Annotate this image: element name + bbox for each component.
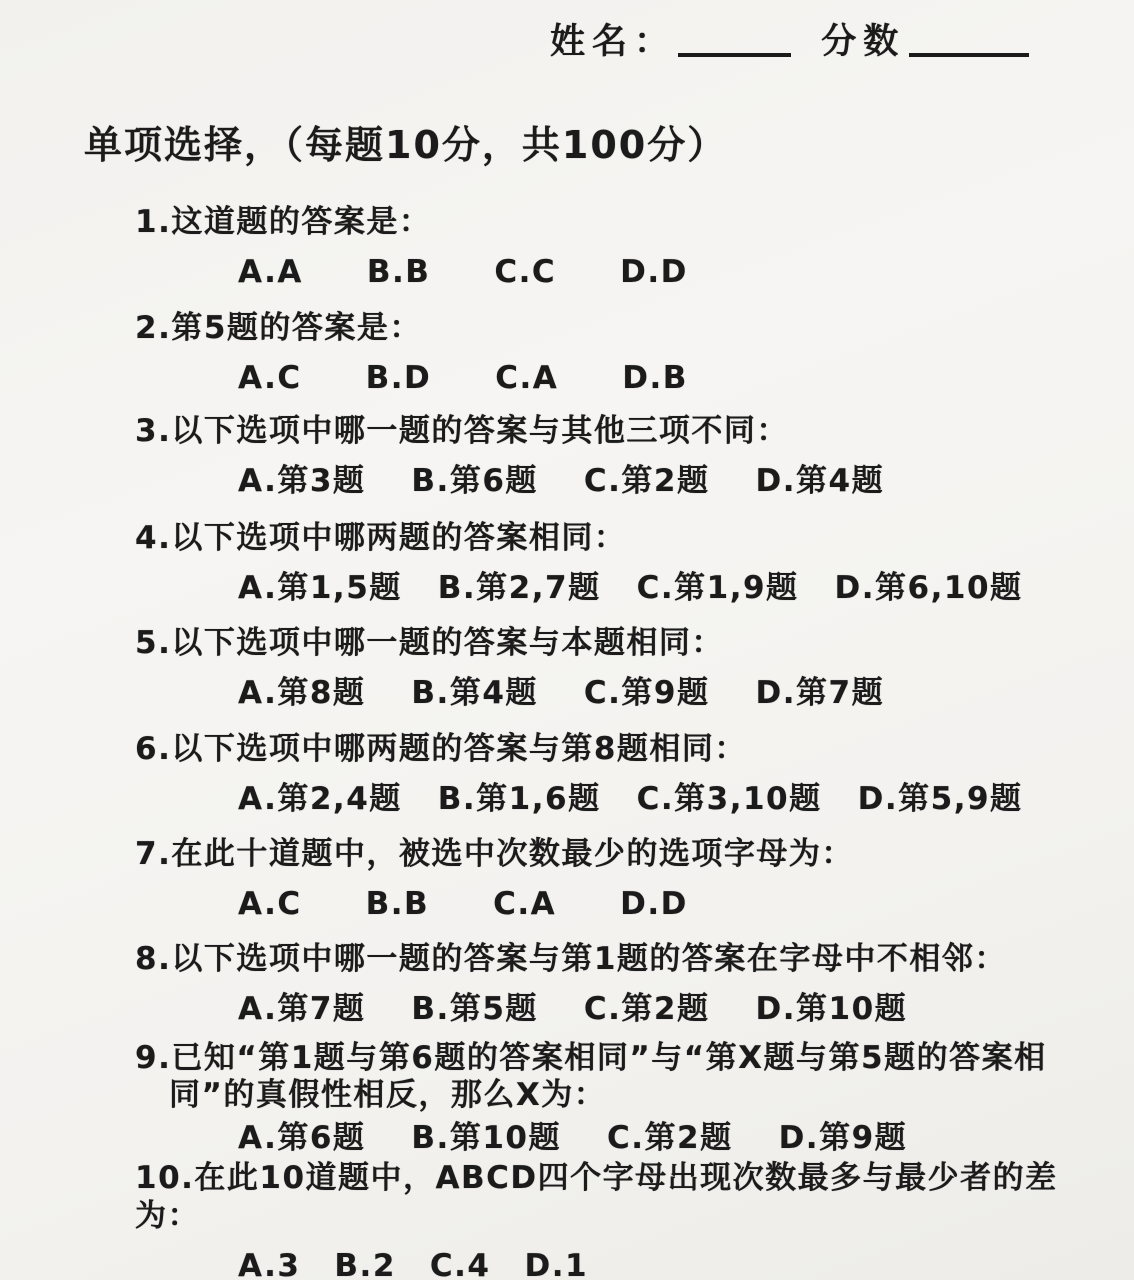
- question-4-option-d: D.第6,10题: [835, 569, 1023, 607]
- question-5-options: A.第8题 B.第4题 C.第9题 D.第7题: [135, 674, 1065, 712]
- question-8-option-d: D.第10题: [756, 990, 908, 1028]
- question-1-option-d: D.D: [620, 253, 688, 291]
- question-3-text: 以下选项中哪一题的答案与其他三项不同：: [171, 413, 789, 449]
- question-5-option-a: A.第8题: [238, 674, 365, 712]
- question-10-option-a: A.3: [238, 1247, 300, 1280]
- question-9-option-a: A.第6题: [238, 1119, 365, 1157]
- question-6-options: A.第2,4题 B.第1,6题 C.第3,10题 D.第5,9题: [135, 780, 1065, 818]
- name-label: 姓名：: [550, 22, 676, 62]
- question-10-options: A.3 B.2 C.4 D.1: [135, 1247, 1065, 1280]
- question-3: 3.以下选项中哪一题的答案与其他三项不同： A.第3题 B.第6题 C.第2题 …: [135, 412, 1065, 500]
- question-3-option-a: A.第3题: [238, 462, 365, 500]
- question-4: 4.以下选项中哪两题的答案相同： A.第1,5题 B.第2,7题 C.第1,9题…: [135, 519, 1065, 607]
- question-9-text: 已知“第1题与第6题的答案相同”与“第X题与第5题的答案相同”的真假性相反，那么…: [169, 1040, 1047, 1113]
- question-2-options: A.C B.D C.A D.B: [135, 359, 1065, 397]
- question-9-option-b: B.第10题: [411, 1119, 561, 1157]
- question-2-number: 2.: [135, 310, 171, 346]
- question-1-options: A.A B.B C.C D.D: [135, 253, 1065, 291]
- question-3-option-b: B.第6题: [411, 462, 537, 500]
- question-6-option-a: A.第2,4题: [238, 780, 402, 818]
- question-2-option-c: C.A: [495, 359, 558, 397]
- question-7-options: A.C B.B C.A D.D: [135, 885, 1065, 923]
- question-9-stem: 9.已知“第1题与第6题的答案相同”与“第X题与第5题的答案相同”的真假性相反，…: [135, 1040, 1069, 1114]
- question-6-stem: 6.以下选项中哪两题的答案与第8题相同：: [135, 730, 1065, 768]
- question-1: 1.这道题的答案是： A.A B.B C.C D.D: [135, 203, 1065, 291]
- score-blank-line: [909, 45, 1029, 57]
- question-10-number: 10.: [135, 1160, 194, 1196]
- question-7: 7.在此十道题中，被选中次数最少的选项字母为： A.C B.B C.A D.D: [135, 835, 1065, 923]
- question-8-option-a: A.第7题: [238, 990, 365, 1028]
- question-7-option-b: B.B: [366, 885, 430, 923]
- question-6-text: 以下选项中哪两题的答案与第8题相同：: [171, 731, 747, 767]
- question-9-number: 9.: [135, 1040, 171, 1076]
- question-4-text: 以下选项中哪两题的答案相同：: [171, 520, 626, 556]
- question-7-number: 7.: [135, 836, 171, 872]
- question-4-options: A.第1,5题 B.第2,7题 C.第1,9题 D.第6,10题: [135, 569, 1065, 607]
- question-10-option-c: C.4: [430, 1247, 491, 1280]
- question-4-option-c: C.第1,9题: [637, 569, 799, 607]
- question-9-option-c: C.第2题: [607, 1119, 733, 1157]
- question-3-option-c: C.第2题: [584, 462, 710, 500]
- question-3-option-d: D.第4题: [756, 462, 885, 500]
- question-9-option-d: D.第9题: [779, 1119, 908, 1157]
- question-4-option-b: B.第2,7题: [438, 569, 601, 607]
- question-1-stem: 1.这道题的答案是：: [135, 203, 1065, 241]
- question-5-option-b: B.第4题: [411, 674, 537, 712]
- question-3-number: 3.: [135, 413, 171, 449]
- question-8-number: 8.: [135, 941, 171, 977]
- question-10: 10.在此10道题中，ABCD四个字母出现次数最多与最少者的差为： A.3 B.…: [135, 1159, 1065, 1280]
- question-7-text: 在此十道题中，被选中次数最少的选项字母为：: [171, 836, 854, 872]
- question-1-text: 这道题的答案是：: [171, 204, 431, 240]
- question-2-text: 第5题的答案是：: [171, 310, 422, 346]
- question-7-option-a: A.C: [238, 885, 302, 923]
- question-5-text: 以下选项中哪一题的答案与本题相同：: [171, 625, 724, 661]
- question-10-stem: 10.在此10道题中，ABCD四个字母出现次数最多与最少者的差为：: [135, 1159, 1065, 1235]
- question-4-option-a: A.第1,5题: [238, 569, 402, 607]
- question-2-option-d: D.B: [622, 359, 688, 397]
- question-8-stem: 8.以下选项中哪一题的答案与第1题的答案在字母中不相邻：: [135, 940, 1065, 978]
- question-9-options: A.第6题 B.第10题 C.第2题 D.第9题: [135, 1119, 1065, 1157]
- question-8-options: A.第7题 B.第5题 C.第2题 D.第10题: [135, 990, 1065, 1028]
- question-4-stem: 4.以下选项中哪两题的答案相同：: [135, 519, 1065, 557]
- question-7-stem: 7.在此十道题中，被选中次数最少的选项字母为：: [135, 835, 1065, 873]
- question-8: 8.以下选项中哪一题的答案与第1题的答案在字母中不相邻： A.第7题 B.第5题…: [135, 940, 1065, 1028]
- question-5-option-c: C.第9题: [584, 674, 710, 712]
- question-5: 5.以下选项中哪一题的答案与本题相同： A.第8题 B.第4题 C.第9题 D.…: [135, 624, 1065, 712]
- question-5-stem: 5.以下选项中哪一题的答案与本题相同：: [135, 624, 1065, 662]
- question-2-option-b: B.D: [366, 359, 432, 397]
- question-1-option-b: B.B: [367, 253, 431, 291]
- question-6-option-b: B.第1,6题: [438, 780, 601, 818]
- question-3-options: A.第3题 B.第6题 C.第2题 D.第4题: [135, 462, 1065, 500]
- question-3-stem: 3.以下选项中哪一题的答案与其他三项不同：: [135, 412, 1065, 450]
- question-1-option-c: C.C: [494, 253, 556, 291]
- name-blank-line: [678, 45, 791, 57]
- score-label: 分数: [821, 22, 905, 62]
- question-2-stem: 2.第5题的答案是：: [135, 309, 1065, 347]
- question-10-option-d: D.1: [525, 1247, 589, 1280]
- question-1-option-a: A.A: [238, 253, 303, 291]
- question-8-option-c: C.第2题: [584, 990, 710, 1028]
- question-1-number: 1.: [135, 204, 171, 240]
- question-2-option-a: A.C: [238, 359, 302, 397]
- question-7-option-c: C.A: [493, 885, 556, 923]
- section-title: 单项选择，（每题10分，共100分）: [84, 114, 727, 169]
- question-7-option-d: D.D: [620, 885, 688, 923]
- question-10-text: 在此10道题中，ABCD四个字母出现次数最多与最少者的差为：: [135, 1160, 1058, 1234]
- question-9: 9.已知“第1题与第6题的答案相同”与“第X题与第5题的答案相同”的真假性相反，…: [135, 1040, 1065, 1157]
- header: 姓名： 分数: [550, 14, 1029, 64]
- question-6-number: 6.: [135, 731, 171, 767]
- question-6-option-c: C.第3,10题: [637, 780, 822, 818]
- question-5-number: 5.: [135, 625, 171, 661]
- question-6: 6.以下选项中哪两题的答案与第8题相同： A.第2,4题 B.第1,6题 C.第…: [135, 730, 1065, 818]
- question-8-text: 以下选项中哪一题的答案与第1题的答案在字母中不相邻：: [171, 941, 1007, 977]
- question-2: 2.第5题的答案是： A.C B.D C.A D.B: [135, 309, 1065, 397]
- question-4-number: 4.: [135, 520, 171, 556]
- exam-sheet: 姓名： 分数 单项选择，（每题10分，共100分） 1.这道题的答案是： A.A…: [0, 0, 1134, 1280]
- question-6-option-d: D.第5,9题: [858, 780, 1023, 818]
- question-5-option-d: D.第7题: [756, 674, 885, 712]
- question-8-option-b: B.第5题: [411, 990, 537, 1028]
- question-10-option-b: B.2: [334, 1247, 395, 1280]
